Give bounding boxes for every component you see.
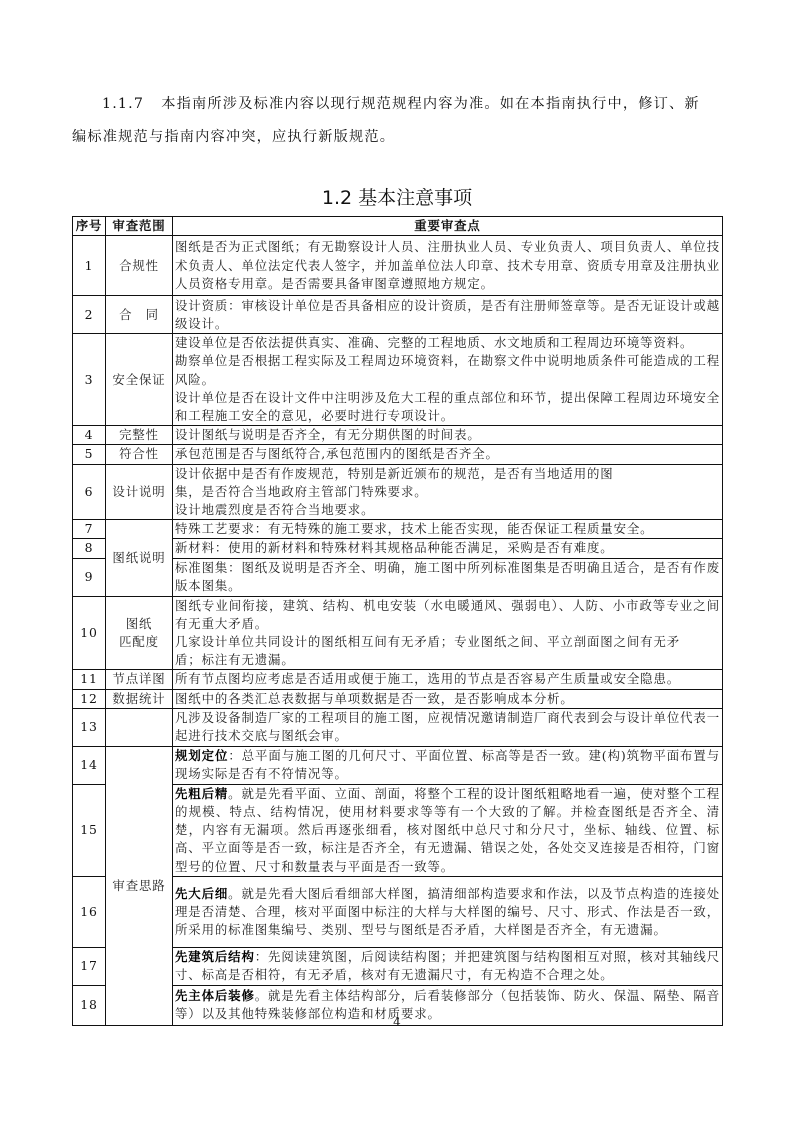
- row-scope: 节点详图: [106, 670, 173, 689]
- row-scope: 设计说明: [106, 464, 173, 520]
- row-scope: 图纸说明: [106, 520, 173, 596]
- row-no: 6: [73, 464, 106, 520]
- point-line: 新材料：使用的新材料和特殊材料其规格品种能否满足，采购是否有难度。: [175, 539, 720, 557]
- clause-gap: [144, 96, 161, 112]
- header-no: 序号: [73, 217, 106, 236]
- point-bold-lead: 先建筑后结构: [175, 949, 255, 964]
- row-points: 建设单位是否依法提供真实、准确、完整的工程地质、水文地质和工程周边环境等资料。 …: [173, 334, 723, 426]
- point-line: 几家设计单位共同设计的图纸相互间有无矛盾；专业图纸之间、平立剖面图之间有无矛: [175, 633, 720, 651]
- point-line: 图纸中的各类汇总表数据与单项数据是否一致，是否影响成本分析。: [175, 690, 720, 708]
- table-row: 7 图纸说明 特殊工艺要求：有无特殊的施工要求，技术上能否实现，能否保证工程质量…: [73, 520, 723, 539]
- row-points: 先大后细。就是先看大图后看细部大样图，搞清细部构造要求和作法，以及节点构造的连接…: [173, 876, 723, 947]
- row-points: 新材料：使用的新材料和特殊材料其规格品种能否满足，采购是否有难度。: [173, 539, 723, 558]
- row-no: 16: [73, 876, 106, 947]
- row-points: 图纸专业间衔接，建筑、结构、机电安装（水电暖通风、强弱电）、人防、小市政等专业之…: [173, 596, 723, 670]
- row-no: 5: [73, 445, 106, 464]
- row-scope: 安全保证: [106, 334, 173, 426]
- point-line: 标准图集：图纸及说明是否齐全、明确，施工图中所列标准图集是否明确且适合，是否有作…: [175, 559, 720, 595]
- point-line: 设计地震烈度是否符合当地要求。: [175, 501, 720, 519]
- table-row: 14 审查思路 规划定位：总平面与施工图的几何尺寸、平面位置、标高等是否一致。建…: [73, 746, 723, 784]
- table-row: 13 凡涉及设备制造厂家的工程项目的施工图，应视情况邀请制造厂商代表到会与设计单…: [73, 708, 723, 746]
- row-scope: 完整性: [106, 426, 173, 445]
- section-title: 1.2 基本注意事项: [0, 183, 794, 210]
- table-header-row: 序号 审查范围 重要审查点: [73, 217, 723, 236]
- point-line: ：总平面与施工图的几何尺寸、平面位置、标高等是否一致。建(构)筑物平面布置与现场…: [175, 748, 720, 781]
- row-points: 凡涉及设备制造厂家的工程项目的施工图，应视情况邀请制造厂商代表到会与设计单位代表…: [173, 708, 723, 746]
- row-points: 先粗后精。就是先看平面、立面、剖面，将整个工程的设计图纸粗略地看一遍，使对整个工…: [173, 784, 723, 876]
- table-row: 10 图纸 匹配度 图纸专业间衔接，建筑、结构、机电安装（水电暖通风、强弱电）、…: [73, 596, 723, 670]
- point-bold-lead: 先主体后装修: [175, 988, 255, 1003]
- row-scope: 符合性: [106, 445, 173, 464]
- table-row: 12 数据统计 图纸中的各类汇总表数据与单项数据是否一致，是否影响成本分析。: [73, 689, 723, 708]
- table-row: 11 节点详图 所有节点图均应考虑是否适用或便于施工，选用的节点是否容易产生质量…: [73, 670, 723, 689]
- row-no: 13: [73, 708, 106, 746]
- intro-paragraph-line1: 1.1.7 本指南所涉及标准内容以现行规范规程内容为准。如在本指南执行中，修订、…: [72, 88, 722, 121]
- point-line: 设计资质：审核设计单位是否具备相应的设计资质，是否有注册师签章等。是否无证设计或…: [175, 297, 720, 333]
- table-row: 6 设计说明 设计依据中是否有作废规范，特别是新近颁布的规范，是否有当地适用的图…: [73, 464, 723, 520]
- point-line: 承包范围是否与图纸符合,承包范围内的图纸是否齐全。: [175, 445, 720, 463]
- row-points: 设计图纸与说明是否齐全，有无分期供图的时间表。: [173, 426, 723, 445]
- point-line: 集，是否符合当地政府主管部门特殊要求。: [175, 483, 720, 501]
- row-no: 8: [73, 539, 106, 558]
- row-scope: 合规性: [106, 236, 173, 296]
- row-points: 特殊工艺要求：有无特殊的施工要求，技术上能否实现，能否保证工程质量安全。: [173, 520, 723, 539]
- point-line: 特殊工艺要求：有无特殊的施工要求，技术上能否实现，能否保证工程质量安全。: [175, 520, 720, 538]
- point-bold-lead: 先大后细: [175, 886, 228, 901]
- header-points: 重要审查点: [173, 217, 723, 236]
- table-row: 4 完整性 设计图纸与说明是否齐全，有无分期供图的时间表。: [73, 426, 723, 445]
- table-row: 1 合规性 图纸是否为正式图纸；有无勘察设计人员、注册执业人员、专业负责人、项目…: [73, 236, 723, 296]
- row-no: 4: [73, 426, 106, 445]
- clause-text-1: 本指南所涉及标准内容以现行规范规程内容为准。如在本指南执行中，修订、新: [161, 96, 700, 112]
- table-row: 5 符合性 承包范围是否与图纸符合,承包范围内的图纸是否齐全。: [73, 445, 723, 464]
- row-points: 图纸中的各类汇总表数据与单项数据是否一致，是否影响成本分析。: [173, 689, 723, 708]
- row-points: 图纸是否为正式图纸；有无勘察设计人员、注册执业人员、专业负责人、项目负责人、单位…: [173, 236, 723, 296]
- row-points: 标准图集：图纸及说明是否齐全、明确，施工图中所列标准图集是否明确且适合，是否有作…: [173, 558, 723, 596]
- row-no: 10: [73, 596, 106, 670]
- point-line: 所有节点图均应考虑是否适用或便于施工，选用的节点是否容易产生质量或安全隐患。: [175, 670, 720, 688]
- point-line: 凡涉及设备制造厂家的工程项目的施工图，应视情况邀请制造厂商代表到会与设计单位代表…: [175, 709, 720, 745]
- row-scope: 图纸 匹配度: [106, 596, 173, 670]
- point-line: 勘察单位是否根据工程实际及工程周边环境资料，在勘察文件中说明地质条件可能造成的工…: [175, 352, 720, 388]
- row-no: 3: [73, 334, 106, 426]
- clause-number: 1.1.7: [102, 96, 144, 112]
- point-bold-lead: 规划定位: [175, 748, 228, 763]
- row-points: 设计依据中是否有作废规范，特别是新近颁布的规范，是否有当地适用的图 集，是否符合…: [173, 464, 723, 520]
- point-line: 。就是先看平面、立面、剖面，将整个工程的设计图纸粗略地看一遍，使对整个工程的规模…: [175, 786, 720, 874]
- page-number: 4: [0, 1015, 794, 1029]
- row-no: 17: [73, 947, 106, 985]
- point-bold-lead: 先粗后精: [175, 786, 228, 801]
- table-row: 2 合 同 设计资质：审核设计单位是否具备相应的设计资质，是否有注册师签章等。是…: [73, 296, 723, 334]
- row-scope: [106, 708, 173, 746]
- point-line: 图纸是否为正式图纸；有无勘察设计人员、注册执业人员、专业负责人、项目负责人、单位…: [175, 238, 720, 293]
- row-no: 7: [73, 520, 106, 539]
- point-line: 设计依据中是否有作废规范，特别是新近颁布的规范，是否有当地适用的图: [175, 465, 720, 483]
- row-scope: 数据统计: [106, 689, 173, 708]
- row-no: 15: [73, 784, 106, 876]
- header-scope: 审查范围: [106, 217, 173, 236]
- row-points: 规划定位：总平面与施工图的几何尺寸、平面位置、标高等是否一致。建(构)筑物平面布…: [173, 746, 723, 784]
- row-no: 2: [73, 296, 106, 334]
- point-line: 盾；标注有无遗漏。: [175, 651, 720, 669]
- point-line: ：先阅读建筑图，后阅读结构图；并把建筑图与结构图相互对照，核对其轴线尺寸、标高是…: [175, 949, 720, 982]
- row-no: 11: [73, 670, 106, 689]
- point-line: 设计单位是否在设计文件中注明涉及危大工程的重点部位和环节，提出保障工程周边环境安…: [175, 389, 720, 425]
- row-points: 所有节点图均应考虑是否适用或便于施工，选用的节点是否容易产生质量或安全隐患。: [173, 670, 723, 689]
- row-no: 9: [73, 558, 106, 596]
- clause-text-2: 编标准规范与指南内容冲突，应执行新版规范。: [72, 121, 722, 154]
- review-points-table: 序号 审查范围 重要审查点 1 合规性 图纸是否为正式图纸；有无勘察设计人员、注…: [72, 216, 723, 1026]
- point-line: 。就是先看大图后看细部大样图，搞清细部构造要求和作法，以及节点构造的连接处理是否…: [175, 886, 720, 937]
- row-scope: 审查思路: [106, 746, 173, 1025]
- row-no: 1: [73, 236, 106, 296]
- row-no: 12: [73, 689, 106, 708]
- row-scope: 合 同: [106, 296, 173, 334]
- row-points: 设计资质：审核设计单位是否具备相应的设计资质，是否有注册师签章等。是否无证设计或…: [173, 296, 723, 334]
- point-line: 设计图纸与说明是否齐全，有无分期供图的时间表。: [175, 426, 720, 444]
- table-row: 3 安全保证 建设单位是否依法提供真实、准确、完整的工程地质、水文地质和工程周边…: [73, 334, 723, 426]
- row-points: 承包范围是否与图纸符合,承包范围内的图纸是否齐全。: [173, 445, 723, 464]
- point-line: 建设单位是否依法提供真实、准确、完整的工程地质、水文地质和工程周边环境等资料。: [175, 334, 720, 352]
- intro-paragraph: 1.1.7 本指南所涉及标准内容以现行规范规程内容为准。如在本指南执行中，修订、…: [72, 88, 722, 154]
- row-no: 14: [73, 746, 106, 784]
- row-points: 先建筑后结构：先阅读建筑图，后阅读结构图；并把建筑图与结构图相互对照，核对其轴线…: [173, 947, 723, 985]
- point-line: 图纸专业间衔接，建筑、结构、机电安装（水电暖通风、强弱电）、人防、小市政等专业之…: [175, 597, 720, 633]
